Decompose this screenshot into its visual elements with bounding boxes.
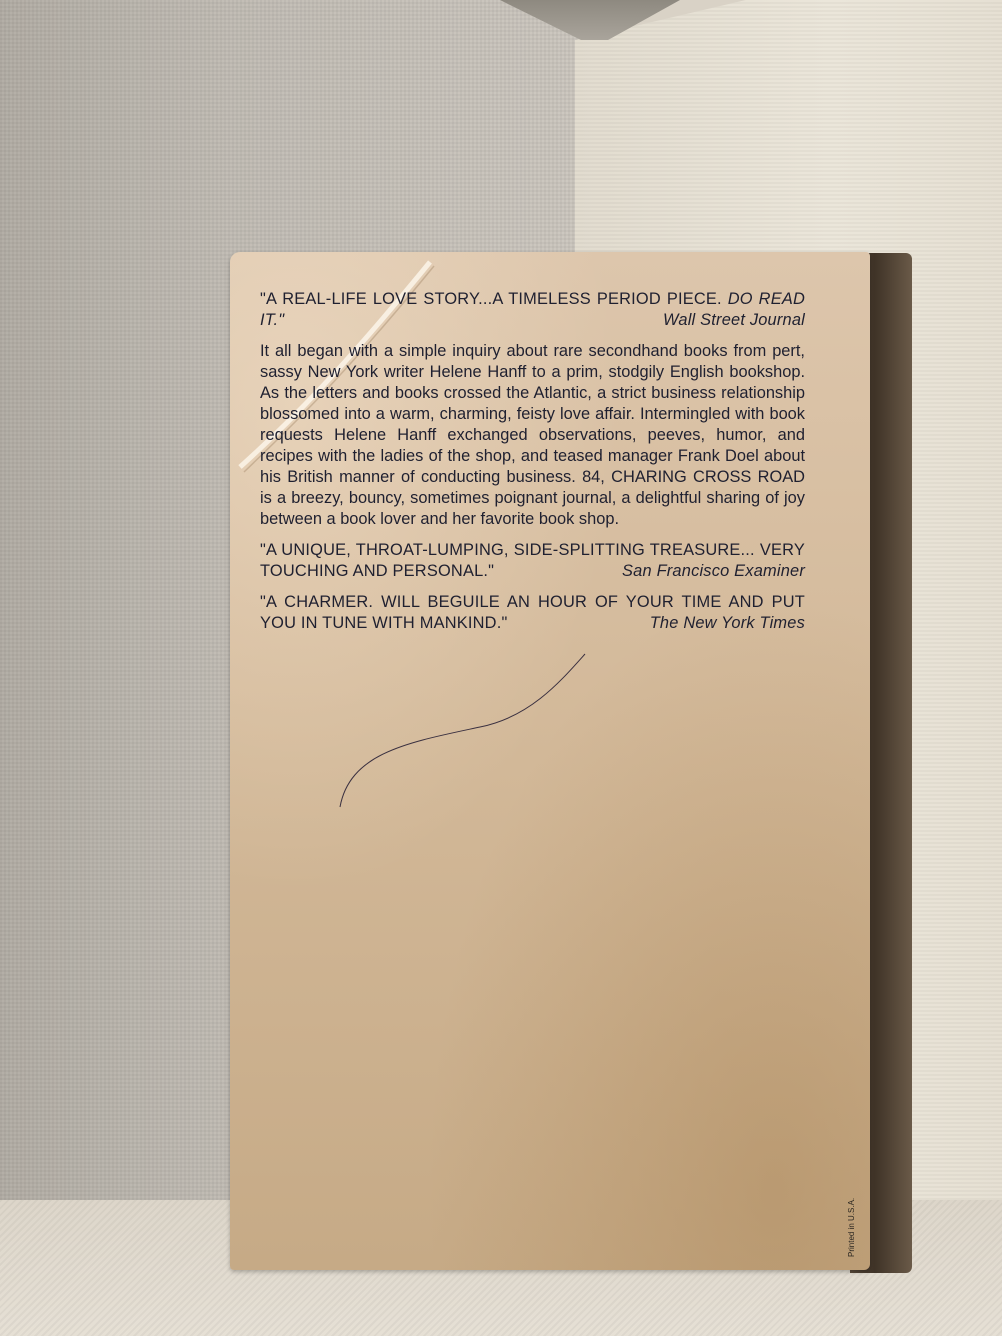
imprint-label: Printed in U.S.A. [847, 1198, 856, 1257]
book-blurb: It all began with a simple inquiry about… [260, 341, 805, 530]
quote-sf-examiner: "A UNIQUE, THROAT-LUMPING, SIDE-SPLITTIN… [260, 540, 805, 582]
quote-nyt: "A CHARMER. WILL BEGUILE AN HOUR OF YOUR… [260, 592, 805, 634]
quote-wsj: "A REAL-LIFE LOVE STORY...A TIMELESS PER… [260, 289, 805, 331]
quote-source: Wall Street Journal [663, 310, 805, 331]
quote-text: "A REAL-LIFE LOVE STORY...A TIMELESS PER… [260, 290, 728, 308]
cover-text: "A REAL-LIFE LOVE STORY...A TIMELESS PER… [260, 289, 805, 644]
quote-source: San Francisco Examiner [622, 561, 805, 582]
quote-source: The New York Times [650, 613, 805, 634]
stray-hair [330, 652, 590, 812]
book-back-cover: "A REAL-LIFE LOVE STORY...A TIMELESS PER… [230, 252, 870, 1270]
